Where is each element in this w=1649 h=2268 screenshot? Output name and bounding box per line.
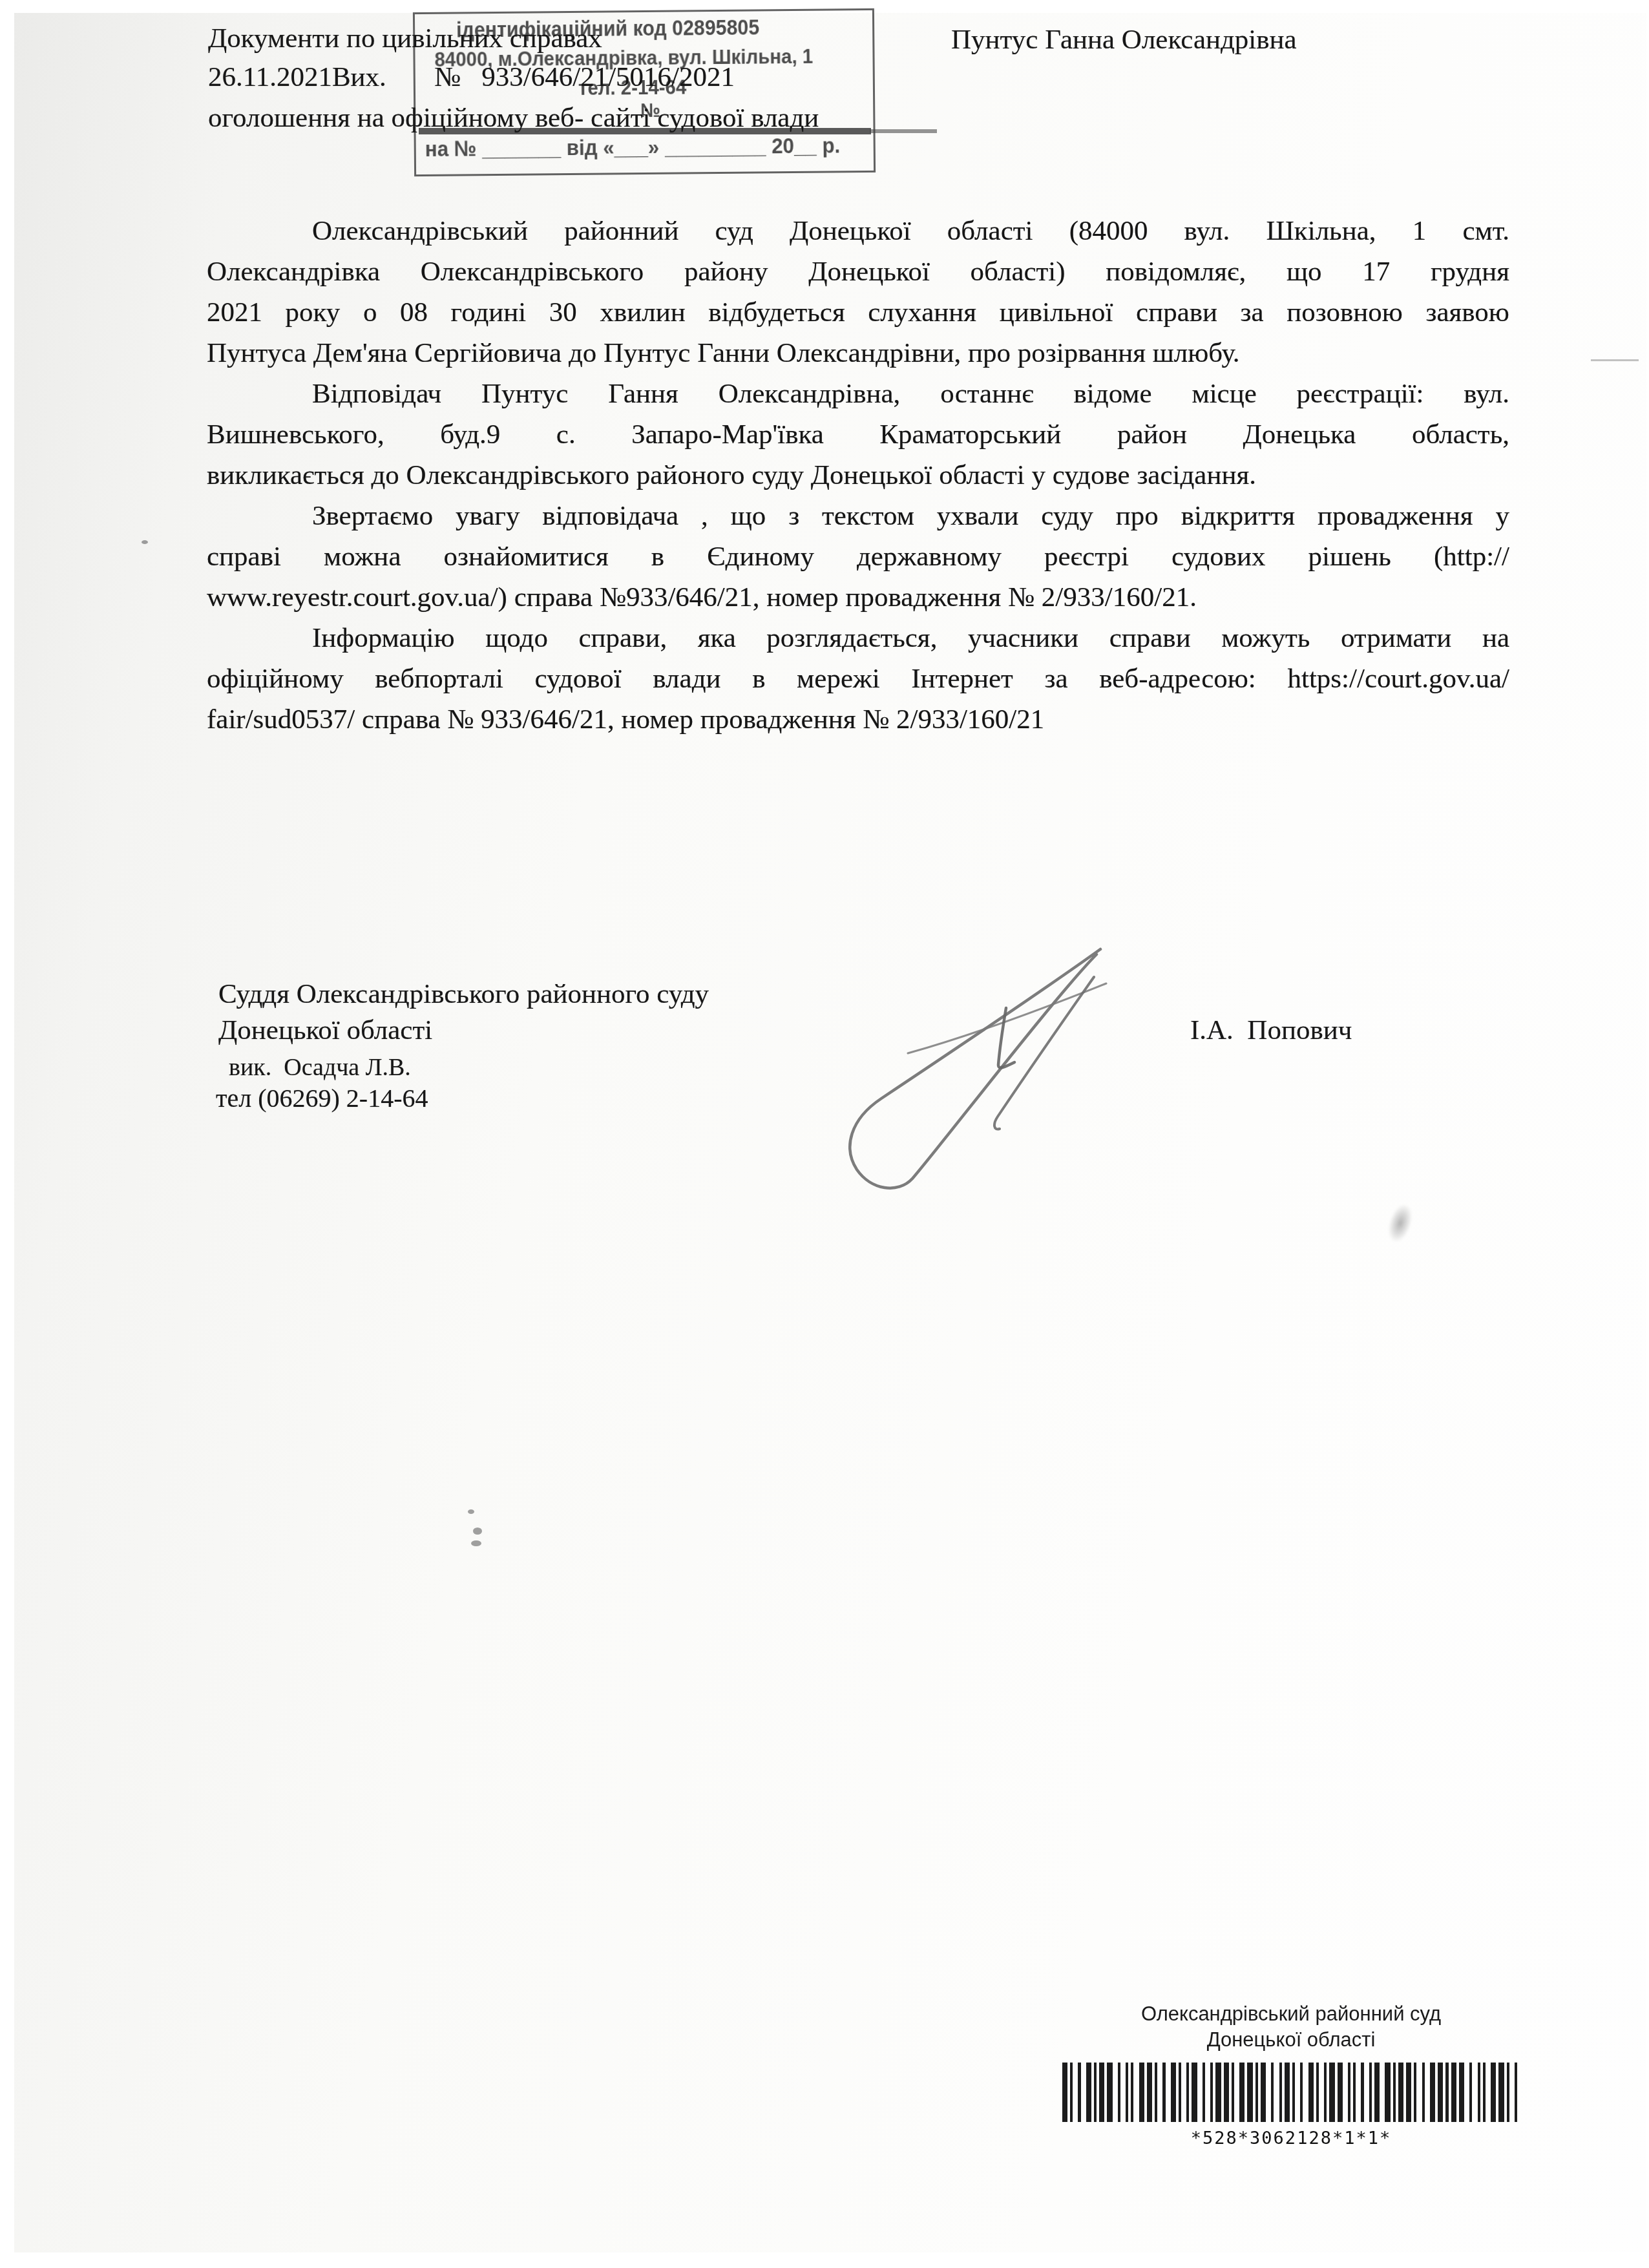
judge-name: І.А. Попович bbox=[1190, 1014, 1352, 1046]
header-ref-number: № 933/646/21/5016/2021 bbox=[434, 61, 735, 94]
stamp-incoming-line: на № _______ від «___» _________ 20__ р. bbox=[425, 133, 841, 162]
body-line: www.reyestr.court.gov.ua/) справа №933/6… bbox=[207, 577, 1509, 618]
scan-edge-artifact bbox=[1591, 359, 1639, 361]
body-line: Олександрівський районний суд Донецької … bbox=[207, 211, 1509, 251]
barcode-court-line1: Олександрівський районний суд bbox=[1060, 2002, 1522, 2026]
header-subject-line1: Документи по цивільних справах bbox=[208, 22, 602, 56]
clerk-phone: тел (06269) 2-14-64 bbox=[216, 1083, 428, 1113]
clerk-name: вик. Осадча Л.В. bbox=[229, 1053, 411, 1082]
barcode-court-line2: Донецької області bbox=[1060, 2028, 1522, 2052]
scan-speck bbox=[142, 540, 148, 544]
header-subject-line3: оголошення на офіційному веб- сайті судо… bbox=[208, 101, 819, 135]
ink-underline-tail bbox=[870, 129, 937, 133]
body-line: Відповідач Пунтус Гання Олександрівна, о… bbox=[207, 373, 1509, 414]
body-line: офіційному вебпорталі судової влади в ме… bbox=[207, 658, 1509, 699]
judge-role-line2: Донецької області bbox=[218, 1014, 432, 1046]
scan-speck bbox=[471, 1540, 481, 1546]
body-line: викликається до Олександрівського районо… bbox=[207, 455, 1509, 496]
scan-speck bbox=[468, 1509, 474, 1514]
body-line: справі можна ознайомитися в Єдиному держ… bbox=[207, 536, 1509, 577]
barcode-number: *528*3062128*1*1* bbox=[1060, 2128, 1522, 2148]
body-line: fair/sud0537/ справа № 933/646/21, номер… bbox=[207, 699, 1509, 740]
scanned-court-document: ідентифікаційний код 02895805 84000, м.О… bbox=[0, 0, 1649, 2268]
judge-role-line1: Суддя Олександрівського районного суду bbox=[218, 978, 709, 1010]
body-line: Пунтуса Дем'яна Сергійовича до Пунтус Га… bbox=[207, 333, 1509, 373]
announcement-body: Олександрівський районний суд Донецької … bbox=[207, 211, 1509, 740]
header-addressee: Пунтус Ганна Олександрівна bbox=[951, 23, 1297, 57]
body-line: Олександрівка Олександрівського району Д… bbox=[207, 251, 1509, 292]
scan-speck bbox=[473, 1528, 482, 1535]
body-line: 2021 року о 08 годині 30 хвилин відбудет… bbox=[207, 292, 1509, 333]
body-line: Звертаємо увагу відповідача , що з текст… bbox=[207, 496, 1509, 536]
barcode-icon bbox=[1060, 2063, 1522, 2122]
header-date-ref: 26.11.2021Вих. bbox=[208, 61, 386, 94]
body-line: Вишневського, буд.9 с. Запаро-Мар'ївка К… bbox=[207, 414, 1509, 455]
body-line: Інформацію щодо справи, яка розглядаєтьс… bbox=[207, 618, 1509, 658]
signature-stroke bbox=[835, 929, 1132, 1207]
